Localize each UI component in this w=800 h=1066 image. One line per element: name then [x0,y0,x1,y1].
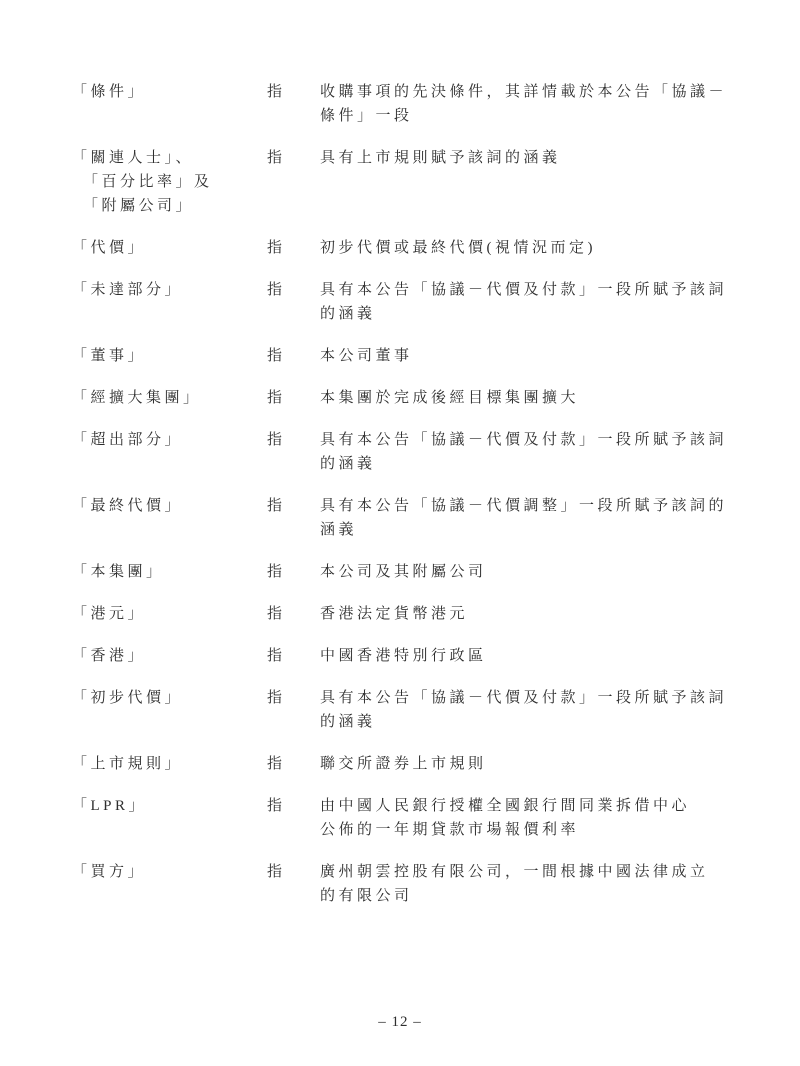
definition-row: 「條件」 指 收購事項的先決條件，其詳情載於本公告「協議－ 條件」一段 [72,80,732,128]
definition-connector: 指 [267,386,320,410]
definition-text: 具有本公告「協議－代價調整」一段所賦予該詞的 涵義 [320,494,732,542]
definition-row: 「超出部分」 指 具有本公告「協議－代價及付款」一段所賦予該詞 的涵義 [72,428,732,476]
definition-text: 具有本公告「協議－代價及付款」一段所賦予該詞 的涵義 [320,686,732,734]
definition-row: 「未達部分」 指 具有本公告「協議－代價及付款」一段所賦予該詞 的涵義 [72,278,732,326]
definition-term: 「條件」 [72,80,267,104]
definition-row: 「代價」 指 初步代價或最終代價(視情況而定) [72,236,732,260]
definition-row: 「關連人士」、 「百分比率」及 「附屬公司」 指 具有上市規則賦予該詞的涵義 [72,146,732,218]
definition-term: 「香港」 [72,644,267,668]
definition-term: 「本集團」 [72,560,267,584]
definition-text: 聯交所證券上市規則 [320,752,732,776]
definition-connector: 指 [267,752,320,776]
definition-text: 具有本公告「協議－代價及付款」一段所賦予該詞 的涵義 [320,428,732,476]
definition-connector: 指 [267,278,320,302]
definition-connector: 指 [267,560,320,584]
definition-row: 「LPR」 指 由中國人民銀行授權全國銀行間同業拆借中心 公佈的一年期貸款市場報… [72,794,732,842]
definition-row: 「初步代價」 指 具有本公告「協議－代價及付款」一段所賦予該詞 的涵義 [72,686,732,734]
definition-term: 「關連人士」、 「百分比率」及 「附屬公司」 [72,146,267,218]
document-page: 「條件」 指 收購事項的先決條件，其詳情載於本公告「協議－ 條件」一段 「關連人… [0,0,800,1066]
definition-term: 「超出部分」 [72,428,267,452]
definition-row: 「董事」 指 本公司董事 [72,344,732,368]
definition-row: 「經擴大集團」 指 本集團於完成後經目標集團擴大 [72,386,732,410]
definition-connector: 指 [267,428,320,452]
definition-text: 初步代價或最終代價(視情況而定) [320,236,732,260]
definitions-list: 「條件」 指 收購事項的先決條件，其詳情載於本公告「協議－ 條件」一段 「關連人… [72,80,732,908]
definition-term: 「代價」 [72,236,267,260]
definition-text: 香港法定貨幣港元 [320,602,732,626]
definition-connector: 指 [267,494,320,518]
definition-text: 本集團於完成後經目標集團擴大 [320,386,732,410]
definition-row: 「上市規則」 指 聯交所證券上市規則 [72,752,732,776]
page-number: – 12 – [0,1012,800,1032]
definition-term: 「初步代價」 [72,686,267,710]
definition-term: 「LPR」 [72,794,267,818]
definition-row: 「最終代價」 指 具有本公告「協議－代價調整」一段所賦予該詞的 涵義 [72,494,732,542]
definition-row: 「港元」 指 香港法定貨幣港元 [72,602,732,626]
definition-term: 「董事」 [72,344,267,368]
definition-connector: 指 [267,146,320,170]
definition-connector: 指 [267,344,320,368]
definition-text: 具有上市規則賦予該詞的涵義 [320,146,732,170]
definition-connector: 指 [267,686,320,710]
definition-connector: 指 [267,860,320,884]
definition-connector: 指 [267,80,320,104]
definition-term: 「上市規則」 [72,752,267,776]
definition-connector: 指 [267,602,320,626]
definition-text: 中國香港特別行政區 [320,644,732,668]
definition-connector: 指 [267,794,320,818]
definition-text: 由中國人民銀行授權全國銀行間同業拆借中心 公佈的一年期貸款市場報價利率 [320,794,732,842]
definition-row: 「香港」 指 中國香港特別行政區 [72,644,732,668]
definition-term: 「未達部分」 [72,278,267,302]
definition-row: 「本集團」 指 本公司及其附屬公司 [72,560,732,584]
definition-term: 「最終代價」 [72,494,267,518]
definition-text: 本公司董事 [320,344,732,368]
definition-term: 「經擴大集團」 [72,386,267,410]
definition-term: 「買方」 [72,860,267,884]
definition-text: 本公司及其附屬公司 [320,560,732,584]
definition-text: 收購事項的先決條件，其詳情載於本公告「協議－ 條件」一段 [320,80,732,128]
definition-text: 具有本公告「協議－代價及付款」一段所賦予該詞 的涵義 [320,278,732,326]
definition-text: 廣州朝雲控股有限公司，一間根據中國法律成立 的有限公司 [320,860,732,908]
definition-row: 「買方」 指 廣州朝雲控股有限公司，一間根據中國法律成立 的有限公司 [72,860,732,908]
definition-term: 「港元」 [72,602,267,626]
definition-connector: 指 [267,236,320,260]
definition-connector: 指 [267,644,320,668]
